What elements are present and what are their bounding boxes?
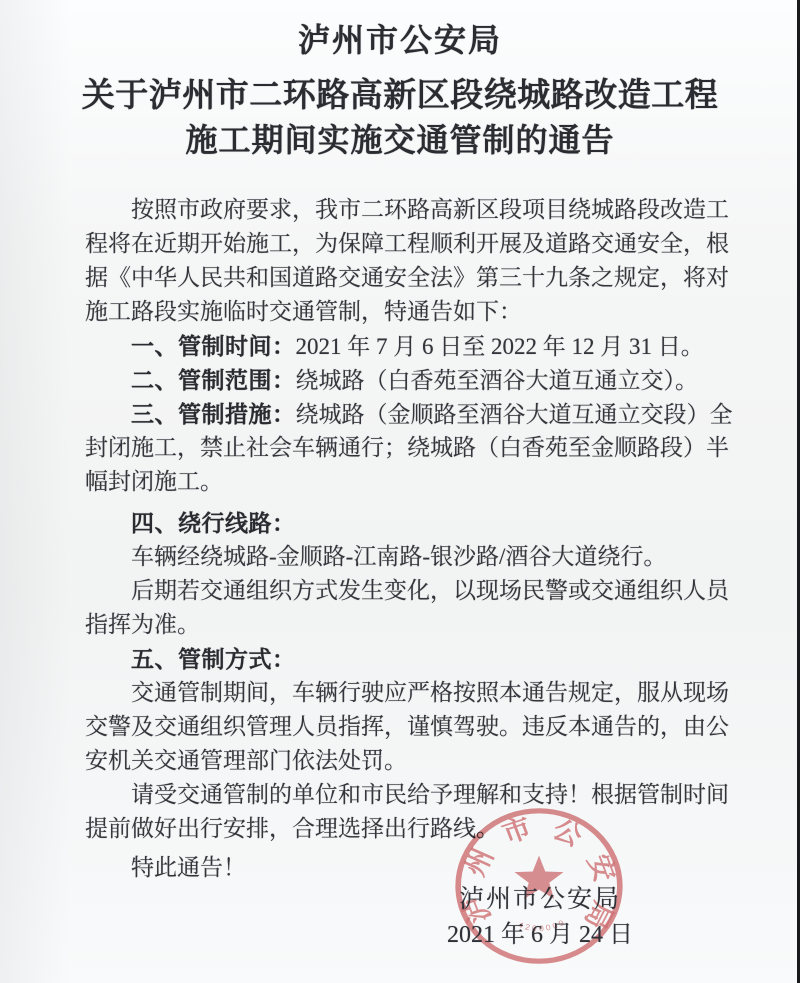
detour-note-line2: 指挥为准。 (85, 608, 720, 642)
item-control-measures-line3: 幅封闭施工。 (85, 465, 720, 499)
detour-route-line: 车辆经绕城路-金顺路-江南路-银沙路/酒谷大道绕行。 (85, 540, 720, 574)
item-label: 四、绕行线路： (131, 510, 296, 536)
notice-title-line2: 施工期间实施交通管制的通告 (0, 118, 800, 162)
item-label: 二、管制范围： (131, 367, 296, 393)
intro-line: 按照市政府要求，我市二环路高新区段项目绕城路段改造工 (85, 193, 720, 227)
control-method-line3: 安机关交通管理部门依法处罚。 (85, 744, 720, 778)
item-label: 一、管制时间： (131, 333, 296, 359)
notice-body: 按照市政府要求，我市二环路高新区段项目绕城路段改造工 程将在近期开始施工，为保障… (0, 193, 800, 885)
item-control-measures-line2: 封闭施工，禁止社会车辆通行；绕城路（白香苑至金顺路段）半 (85, 431, 720, 465)
item-control-scope: 二、管制范围：绕城路（白香苑至酒谷大道互通立交）。 (85, 363, 720, 397)
intro-line: 程将在近期开始施工，为保障工程顺利开展及道路交通安全，根 (85, 227, 720, 261)
intro-line: 施工路段实施临时交通管制，特通告如下： (85, 295, 720, 329)
item-text: 2021 年 7 月 6 日至 2022 年 12 月 31 日。 (296, 334, 704, 359)
item-control-time: 一、管制时间：2021 年 7 月 6 日至 2022 年 12 月 31 日。 (85, 329, 720, 363)
item-label: 五、管制方式： (131, 646, 296, 672)
signature-date: 2021 年 6 月 24 日 (420, 919, 660, 951)
item-control-method: 五、管制方式： (85, 642, 720, 676)
item-text: 绕城路（金顺路至酒谷大道互通立交段）全 (296, 402, 733, 427)
signature-block: 泸州市公安局 2021 年 6 月 24 日 (420, 884, 660, 951)
notice-title-line1: 关于泸州市二环路高新区段绕城路改造工程 (0, 74, 800, 118)
notice-document: 泸州市公安局 关于泸州市二环路高新区段绕城路改造工程 施工期间实施交通管制的通告… (0, 0, 800, 983)
control-method-line: 交通管制期间，车辆行驶应严格按照本通告规定，服从现场 (85, 676, 720, 710)
signature-agency: 泸州市公安局 (420, 884, 660, 916)
item-control-measures: 三、管制措施：绕城路（金顺路至酒谷大道互通立交段）全 (85, 397, 720, 431)
document-header: 泸州市公安局 关于泸州市二环路高新区段绕城路改造工程 施工期间实施交通管制的通告 (0, 0, 800, 162)
intro-line: 据《中华人民共和国道路交通安全法》第三十九条之规定，将对 (85, 261, 720, 295)
item-detour-route: 四、绕行线路： (85, 506, 720, 540)
detour-note-line: 后期若交通组织方式发生变化，以现场民警或交通组织人员 (85, 574, 720, 608)
control-method-line2: 交警及交通组织管理人员指挥，谨慎驾驶。违反本通告的，由公 (85, 710, 720, 744)
item-text: 绕城路（白香苑至酒谷大道互通立交）。 (296, 368, 699, 393)
agency-title: 泸州市公安局 (0, 20, 800, 60)
item-label: 三、管制措施： (131, 401, 296, 427)
